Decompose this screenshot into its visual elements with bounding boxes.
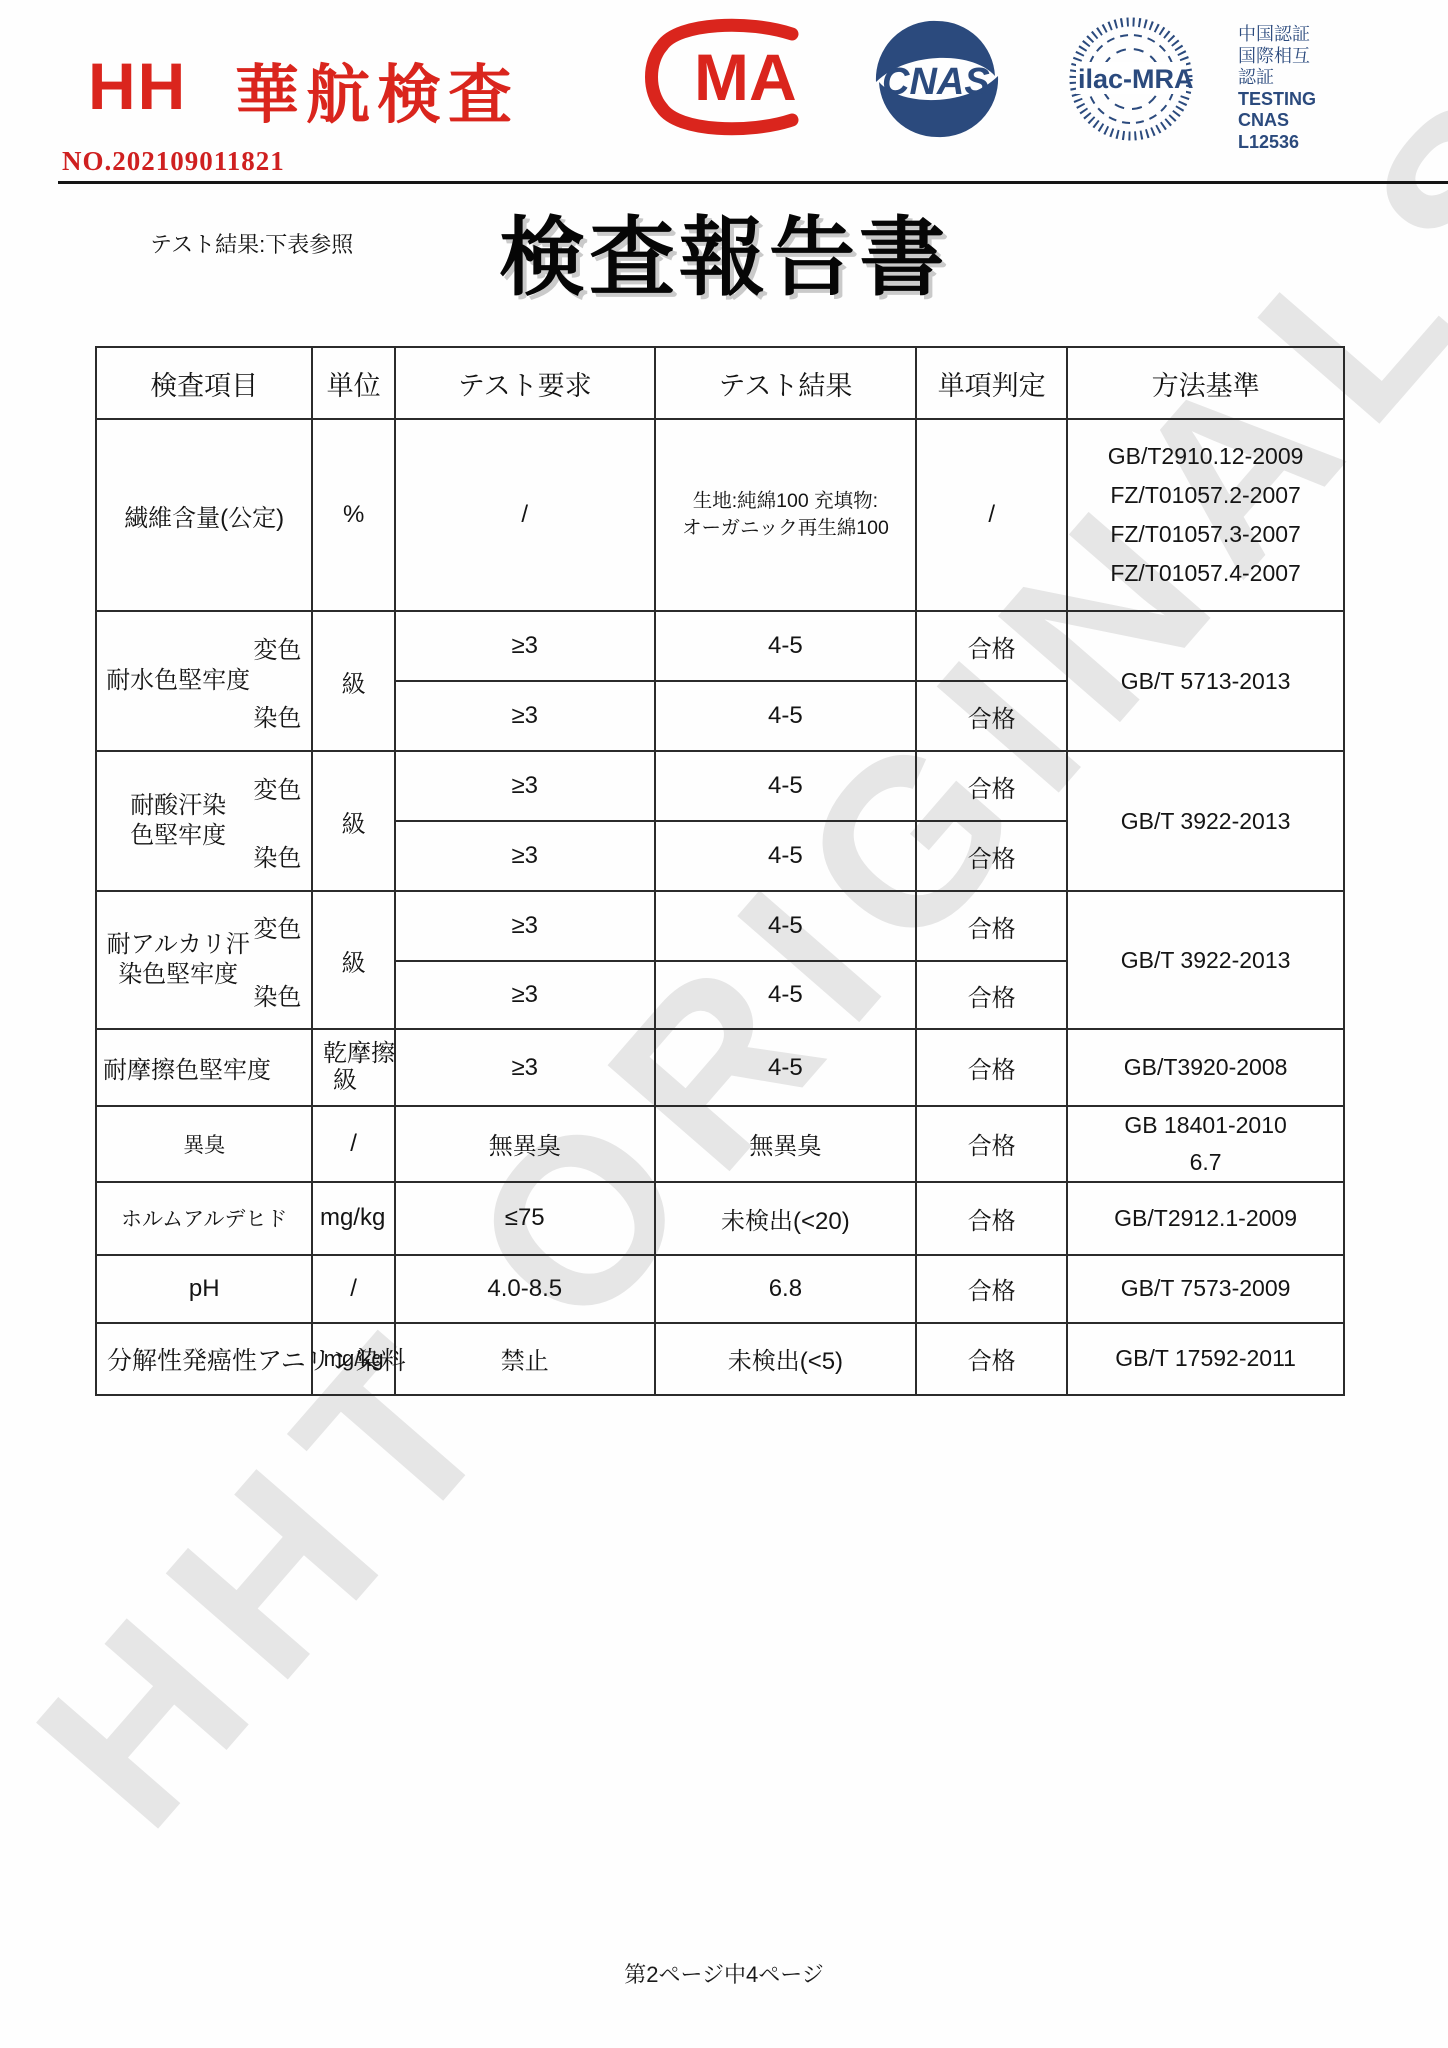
cert-line: CNAS	[1238, 110, 1348, 132]
report-number: NO.202109011821	[62, 146, 285, 177]
table-row-alkali-change: 耐アルカリ汗 染色堅牢度 変色 染色 級 ≥3 4-5 合格 GB/T 3922…	[96, 891, 1344, 961]
method-standard: GB/T2912.1-2009	[1067, 1182, 1344, 1255]
item-name-group: 耐アルカリ汗 染色堅牢度 変色 染色	[96, 891, 312, 1029]
unit-value: 級	[323, 1068, 395, 1094]
method-line: FZ/T01057.2-2007	[1074, 476, 1337, 515]
cnas-logo-text: CNAS	[882, 61, 990, 103]
method-line: FZ/T01057.4-2007	[1074, 554, 1337, 593]
item-name-line: 色堅牢度	[103, 821, 253, 851]
table-row-aniline-dyes: 分解性発癌性アニリン染料 mg/kg 禁止 未検出(<5) 合格 GB/T 17…	[96, 1323, 1344, 1395]
item-name: 分解性発癌性アニリン染料	[96, 1323, 312, 1395]
sub-item-stain: 染色	[253, 838, 301, 873]
col-header-method: 方法基準	[1067, 347, 1344, 419]
judgement-value: 合格	[916, 1255, 1067, 1323]
item-name-group: 耐水色堅牢度 変色 染色	[96, 611, 312, 751]
method-standard: GB/T 17592-2011	[1067, 1323, 1344, 1395]
result-value: 4-5	[655, 1029, 917, 1106]
requirement-value: ≥3	[395, 751, 655, 821]
result-value: 4-5	[655, 751, 917, 821]
cert-line: 中国認証	[1238, 24, 1348, 46]
item-name-text: 分解性発癌性アニリン染料	[103, 1341, 406, 1377]
certification-text-block: 中国認証 国際相互 認証 TESTING CNAS L12536	[1238, 24, 1348, 154]
method-standard: GB/T2910.12-2009 FZ/T01057.2-2007 FZ/T01…	[1067, 419, 1344, 611]
requirement-value: 禁止	[395, 1323, 655, 1395]
cma-logo-icon: MA	[642, 18, 824, 141]
item-name: 耐アルカリ汗 染色堅牢度	[103, 930, 253, 990]
result-value: 6.8	[655, 1255, 917, 1323]
judgement-value: 合格	[916, 1106, 1067, 1182]
result-value: 4-5	[655, 611, 917, 681]
ilac-mra-logo-icon: ilac-MRA	[1068, 16, 1194, 147]
cert-line: 国際相互	[1238, 46, 1348, 68]
table-row-fiber-content: 繊維含量(公定) % / 生地:純綿100 充填物: オーガニック再生綿100 …	[96, 419, 1344, 611]
judgement-value: 合格	[916, 1323, 1067, 1395]
requirement-value: ≥3	[395, 891, 655, 961]
result-value: 4-5	[655, 821, 917, 891]
table-row-rubbing: 耐摩擦色堅牢度 乾摩擦 級 ≥3 4-5 合格 GB/T3920-2008	[96, 1029, 1344, 1106]
result-value: 4-5	[655, 681, 917, 751]
table-row-formaldehyde: ホルムアルデヒド mg/kg ≤75 未検出(<20) 合格 GB/T2912.…	[96, 1182, 1344, 1255]
item-name: 耐酸汗染 色堅牢度	[103, 791, 253, 851]
method-standard: GB 18401-2010 6.7	[1067, 1106, 1344, 1182]
item-name-line: 耐酸汗染	[103, 791, 253, 821]
judgement-value: 合格	[916, 821, 1067, 891]
judgement-value: /	[916, 419, 1067, 611]
cnas-logo-icon: CNAS	[862, 20, 1012, 143]
item-name: ホルムアルデヒド	[96, 1182, 312, 1255]
judgement-value: 合格	[916, 751, 1067, 821]
method-standard: GB/T3920-2008	[1067, 1029, 1344, 1106]
col-header-judgement: 単項判定	[916, 347, 1067, 419]
page-number-indicator: 第2ページ中4ページ	[0, 1958, 1448, 1989]
report-header: HH 華航検査 MA CNAS ilac-MRA	[0, 0, 1448, 190]
method-line: FZ/T01057.3-2007	[1074, 515, 1337, 554]
result-line: オーガニック再生綿100	[662, 515, 910, 542]
hh-logo: HH	[88, 48, 187, 124]
sub-item-dry-rub: 乾摩擦 級	[323, 1041, 395, 1094]
requirement-value: ≥3	[395, 961, 655, 1029]
unit-value: /	[312, 1255, 395, 1323]
cma-logo-text: MA	[694, 40, 797, 114]
unit-value: /	[312, 1106, 395, 1182]
unit-value: %	[312, 419, 395, 611]
cert-line: 認証	[1238, 67, 1348, 89]
item-name: pH	[96, 1255, 312, 1323]
result-value: 未検出(<5)	[655, 1323, 917, 1395]
requirement-value: ≥3	[395, 611, 655, 681]
item-name: 耐摩擦色堅牢度	[103, 1050, 271, 1085]
result-value: 未検出(<20)	[655, 1182, 917, 1255]
col-header-result: テスト結果	[655, 347, 917, 419]
judgement-value: 合格	[916, 1029, 1067, 1106]
header-divider-line	[58, 181, 1448, 184]
col-header-item: 検査項目	[96, 347, 312, 419]
method-line: GB 18401-2010	[1074, 1107, 1337, 1144]
requirement-value: 4.0-8.5	[395, 1255, 655, 1323]
judgement-value: 合格	[916, 611, 1067, 681]
company-name: 華航検査	[235, 44, 519, 136]
result-value: 4-5	[655, 961, 917, 1029]
requirement-value: ≥3	[395, 821, 655, 891]
judgement-value: 合格	[916, 891, 1067, 961]
unit-value: 級	[312, 891, 395, 1029]
method-standard: GB/T 7573-2009	[1067, 1255, 1344, 1323]
method-standard: GB/T 3922-2013	[1067, 751, 1344, 891]
results-table: 検査項目 単位 テスト要求 テスト結果 単項判定 方法基準 繊維含量(公定) %…	[95, 346, 1345, 1396]
sub-item-change: 変色	[253, 909, 301, 944]
sub-item-stain: 染色	[253, 977, 301, 1012]
judgement-value: 合格	[916, 1182, 1067, 1255]
requirement-value: ≥3	[395, 681, 655, 751]
table-row-ph: pH / 4.0-8.5 6.8 合格 GB/T 7573-2009	[96, 1255, 1344, 1323]
sub-item-label: 乾摩擦	[323, 1041, 395, 1067]
item-name-line: 耐アルカリ汗	[103, 930, 253, 960]
result-line: 生地:純綿100 充填物:	[662, 488, 910, 515]
requirement-value: /	[395, 419, 655, 611]
result-value: 生地:純綿100 充填物: オーガニック再生綿100	[655, 419, 917, 611]
requirement-value: 無異臭	[395, 1106, 655, 1182]
cert-line: TESTING	[1238, 89, 1348, 111]
table-row-odor: 異臭 / 無異臭 無異臭 合格 GB 18401-2010 6.7	[96, 1106, 1344, 1182]
unit-value: mg/kg	[312, 1182, 395, 1255]
sub-item-change: 変色	[253, 630, 301, 665]
ilac-mra-logo-text: ilac-MRA	[1078, 64, 1194, 94]
method-standard: GB/T 5713-2013	[1067, 611, 1344, 751]
unit-value: 級	[312, 611, 395, 751]
unit-value: 級	[312, 751, 395, 891]
inspection-report-page: HHT ORIGINALS HH 華航検査 MA CNAS	[0, 0, 1448, 2048]
col-header-unit: 単位	[312, 347, 395, 419]
judgement-value: 合格	[916, 681, 1067, 751]
sub-item-stain: 染色	[253, 698, 301, 733]
item-name: 異臭	[96, 1106, 312, 1182]
requirement-value: ≤75	[395, 1182, 655, 1255]
item-name-group: 耐酸汗染 色堅牢度 変色 染色	[96, 751, 312, 891]
table-header-row: 検査項目 単位 テスト要求 テスト結果 単項判定 方法基準	[96, 347, 1344, 419]
sub-item-change: 変色	[253, 770, 301, 805]
result-value: 無異臭	[655, 1106, 917, 1182]
result-value: 4-5	[655, 891, 917, 961]
cert-line: L12536	[1238, 132, 1348, 154]
judgement-value: 合格	[916, 961, 1067, 1029]
item-name-group: 耐摩擦色堅牢度 乾摩擦 級	[96, 1029, 312, 1106]
method-line: GB/T2910.12-2009	[1074, 437, 1337, 476]
results-table-container: 検査項目 単位 テスト要求 テスト結果 単項判定 方法基準 繊維含量(公定) %…	[95, 346, 1345, 1396]
method-standard: GB/T 3922-2013	[1067, 891, 1344, 1029]
item-name: 繊維含量(公定)	[96, 419, 312, 611]
table-row-acid-change: 耐酸汗染 色堅牢度 変色 染色 級 ≥3 4-5 合格 GB/T 3922-20…	[96, 751, 1344, 821]
item-name: 耐水色堅牢度	[103, 666, 253, 696]
col-header-requirement: テスト要求	[395, 347, 655, 419]
method-line: 6.7	[1074, 1144, 1337, 1181]
item-name-line: 染色堅牢度	[103, 960, 253, 990]
table-row-water-change: 耐水色堅牢度 変色 染色 級 ≥3 4-5 合格 GB/T 5713-2013	[96, 611, 1344, 681]
page-subtitle: テスト結果:下表参照	[150, 228, 353, 259]
requirement-value: ≥3	[395, 1029, 655, 1106]
